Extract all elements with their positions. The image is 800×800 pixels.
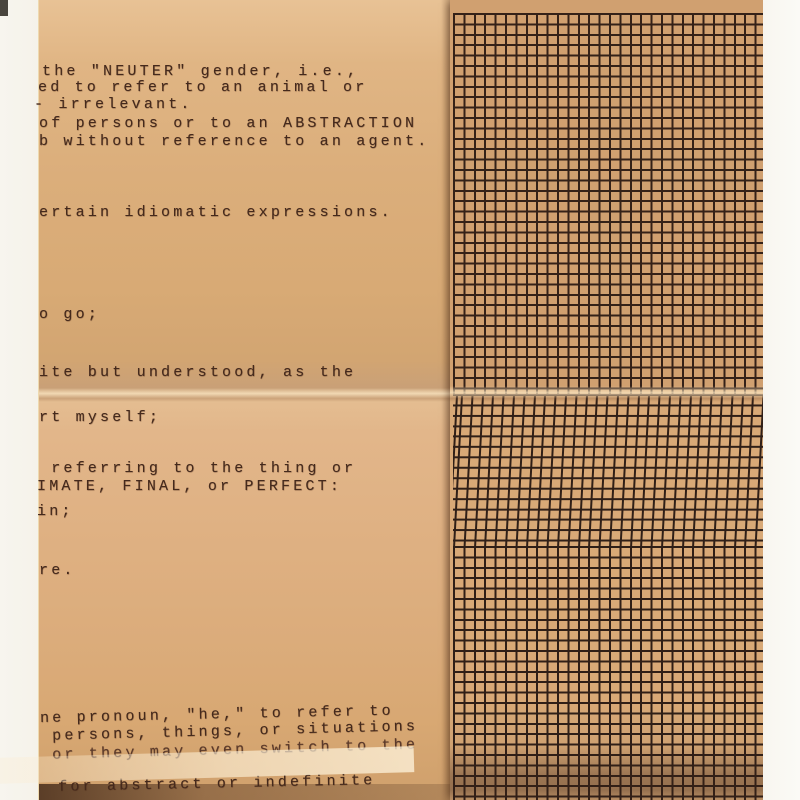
typed-line: referring to the thing or	[39, 460, 356, 478]
graph-paper-bottom-shadow	[450, 700, 763, 800]
typed-line: ite but understood, as the	[39, 364, 356, 382]
typed-line: in;	[37, 503, 74, 521]
graph-grid-fold-section	[453, 394, 763, 546]
typed-line: b without reference to an agent.	[39, 133, 429, 151]
typed-line: re.	[39, 562, 76, 580]
typed-line: ertain idiomatic expressions.	[39, 204, 393, 222]
graph-paper-upper-shade	[450, 0, 763, 390]
typed-line: o go;	[39, 306, 100, 324]
graph-grid-skewed	[453, 394, 763, 546]
typed-line: rt myself;	[39, 409, 161, 427]
typed-line: - irrelevant.	[34, 96, 193, 114]
photo-of-folded-documents: the "NEUTER" gender, i.e., ed to refer t…	[0, 0, 800, 800]
typed-line: ed to refer to an animal or	[38, 79, 367, 97]
graph-paper-sheet	[450, 0, 763, 800]
photo-corner-shadow	[0, 0, 8, 16]
typed-line: of persons or to an ABSTRACTION	[39, 115, 417, 133]
graph-paper-fold-crease	[450, 386, 763, 402]
typed-page-fold-crease	[39, 388, 450, 402]
typed-line: IMATE, FINAL, or PERFECT:	[37, 478, 342, 496]
